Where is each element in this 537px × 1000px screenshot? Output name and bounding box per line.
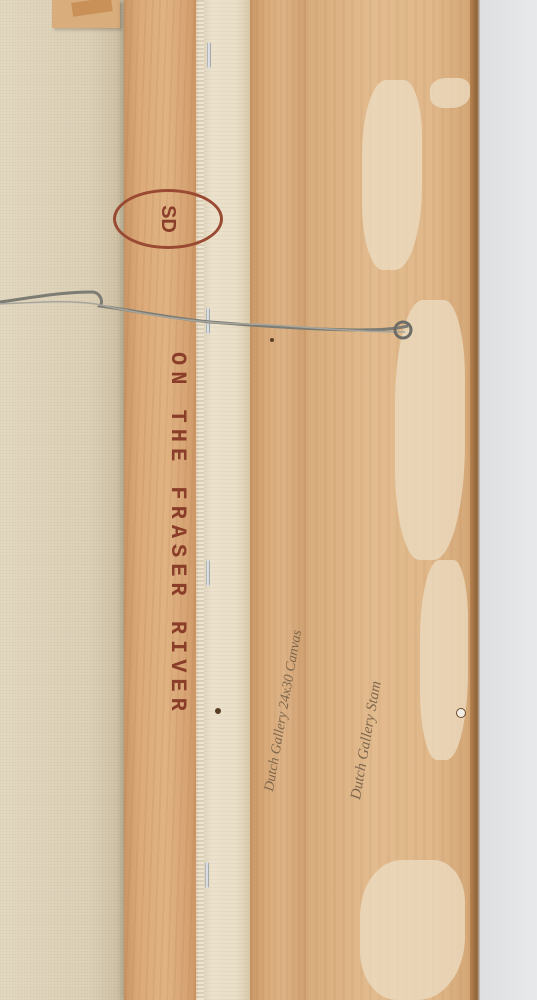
staple <box>206 560 210 586</box>
frame-outer-edge <box>470 0 480 1000</box>
canvas-frayed-edge <box>196 0 204 1000</box>
paper-residue <box>362 80 422 270</box>
paper-residue <box>420 560 468 760</box>
staple <box>207 42 211 68</box>
screw-eye-icon <box>395 322 411 338</box>
stamp-circle: SD <box>113 189 223 249</box>
canvas-back <box>0 0 128 1000</box>
hanging-wire <box>0 280 430 350</box>
nail-hole <box>456 708 466 718</box>
painting-back-photo: SD ON THE FRASER RIVER Dutch Gallery 24x… <box>0 0 537 1000</box>
title-inscription: ON THE FRASER RIVER <box>165 352 190 717</box>
wall-background <box>480 0 537 1000</box>
paper-residue <box>430 78 470 108</box>
staple <box>205 862 209 888</box>
frame-inner-strip <box>250 0 308 1000</box>
paper-residue <box>360 860 465 1000</box>
canvas-folded-edge <box>198 0 252 1000</box>
nail-hole <box>215 708 221 714</box>
